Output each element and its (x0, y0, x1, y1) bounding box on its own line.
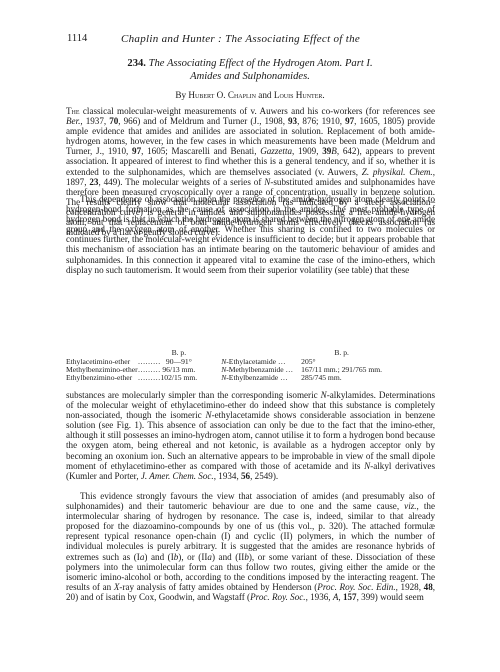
citation-volume: 93 (288, 116, 297, 126)
citation-volume: 157 (343, 592, 357, 602)
italic-viz: viz. (404, 501, 416, 511)
byline-and: and (258, 90, 271, 100)
title-line-2: Amides and Sulphonamides. (190, 71, 310, 82)
citation-volume: 97 (345, 116, 354, 126)
text: , 1934, (214, 471, 241, 481)
lead-word: The (66, 106, 80, 116)
page-number: 1114 (67, 32, 87, 46)
article-number: 234. (127, 58, 146, 69)
citation-journal: J. Amer. Chem. Soc. (141, 471, 214, 481)
table-row: Ethylbenzimino-ether ……… 102/15 mm. N-Et… (66, 374, 382, 382)
text: , 449). The molecular weights of a serie… (98, 177, 264, 187)
boiling-point: 285/745 mm. (301, 374, 382, 382)
text: ), or (II (178, 552, 207, 562)
text: -ray analysis of fatty amides obtained b… (119, 582, 317, 592)
author-2: Louis Hunter. (274, 90, 325, 100)
leader-dots: … (280, 373, 288, 382)
title-line-1: The Associating Effect of the Hydrogen A… (149, 58, 373, 69)
author-1: Hubert O. Chaplin (188, 90, 256, 100)
compound-name: Ethylbenzimino-ether (66, 374, 138, 382)
compound-name: -Ethylbenzamide (226, 373, 278, 382)
citation-volume: 56 (241, 471, 250, 481)
paragraph-3: substances are molecularly simpler than … (66, 390, 435, 481)
leader-dots: ……… (138, 374, 161, 382)
citation-volume: 48 (424, 582, 433, 592)
text: , 966) and of Meldrum and Turner (J., 19… (118, 116, 288, 126)
text: This evidence strongly favours the view … (66, 491, 435, 511)
citation-journal: Gazzetta (260, 146, 292, 156)
article-title: 234. The Associating Effect of the Hydro… (60, 57, 440, 83)
citation-volume: 39 (322, 146, 331, 156)
text: , 1605; Mascarelli and Benati, (141, 146, 260, 156)
journal-page: 1114 Chaplin and Hunter : The Associatin… (0, 0, 500, 672)
text: substances are molecularly simpler than … (66, 390, 321, 400)
citation-journal: Proc. Roy. Soc. (250, 592, 305, 602)
paragraph-4: This evidence strongly favours the view … (66, 491, 435, 602)
paragraph-text: This dependence of association upon the … (66, 194, 435, 275)
citation-volume: 70 (109, 116, 118, 126)
byline: By Hubert O. Chaplin and Louis Hunter. (60, 89, 440, 101)
text: , 1936, (306, 592, 333, 602)
boiling-point: 102/15 mm. (160, 374, 197, 382)
citation-volume: 97 (132, 146, 141, 156)
text: classical molecular-weight measurements … (80, 106, 435, 116)
running-title: Chaplin and Hunter : The Associating Eff… (121, 32, 360, 46)
text: , 2549). (250, 471, 278, 481)
text: , 1909, (292, 146, 322, 156)
citation-journal: Proc. Roy. Soc. Edin. (317, 582, 395, 592)
citation-journal: Ber. (66, 116, 80, 126)
citation-journal: Z. physikal. Chem. (362, 167, 433, 177)
text: , 399) would seem (357, 592, 424, 602)
running-head: 1114 Chaplin and Hunter : The Associatin… (67, 32, 437, 46)
boiling-point-table: B. p. B. p. Ethylacetimino-ether ……… 90—… (66, 348, 382, 382)
text: , 1928, (396, 582, 424, 592)
text: ) and (I (144, 552, 173, 562)
text: ) and (II (212, 552, 244, 562)
text: , 1937, (80, 116, 109, 126)
text: , 876; 1910, (297, 116, 345, 126)
paragraph-2: This dependence of association upon the … (66, 194, 435, 275)
byline-prefix: By (175, 90, 186, 100)
